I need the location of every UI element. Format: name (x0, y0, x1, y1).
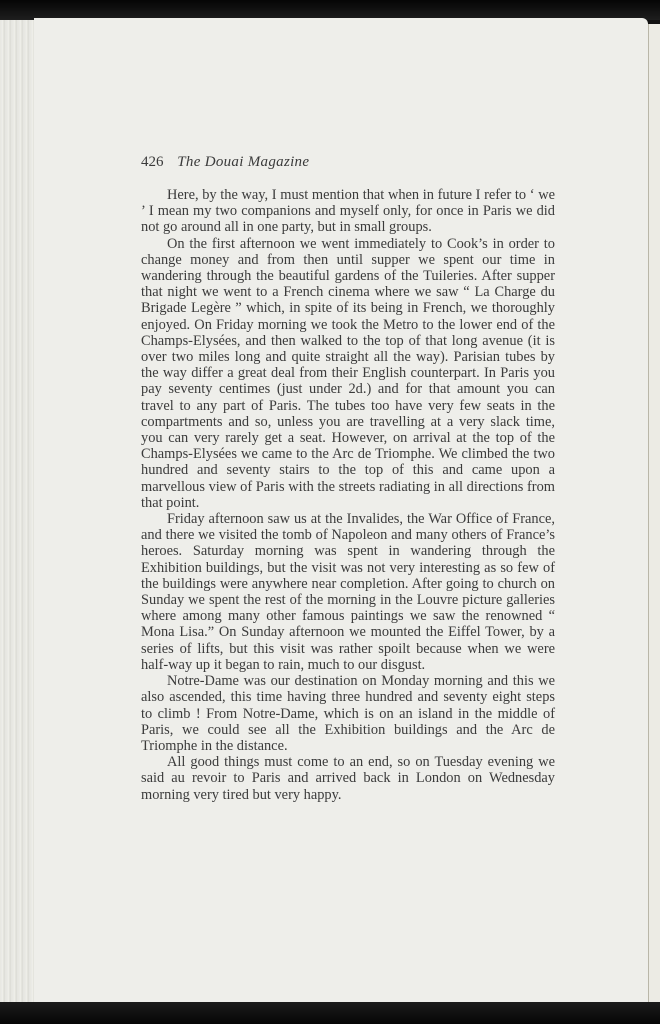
facing-page-edge (648, 24, 660, 1004)
publication-title: The Douai Magazine (177, 154, 309, 170)
paragraph: Notre-Dame was our destination on Monday… (141, 673, 555, 754)
paragraph: Friday afternoon saw us at the Invalides… (141, 511, 555, 673)
running-head: 426 The Douai Magazine (141, 154, 309, 171)
article-body: Here, by the way, I must mention that wh… (141, 187, 555, 803)
scan-background-bottom (0, 1002, 660, 1024)
book-page: 426 The Douai Magazine Here, by the way,… (34, 18, 648, 1002)
page-number: 426 (141, 154, 164, 170)
paragraph: Here, by the way, I must mention that wh… (141, 187, 555, 236)
page-stack-edges (0, 20, 35, 1004)
scanned-book-spread: 426 The Douai Magazine Here, by the way,… (0, 0, 660, 1024)
paragraph: All good things must come to an end, so … (141, 754, 555, 803)
paragraph: On the first afternoon we went immediate… (141, 236, 555, 511)
scan-background-top (0, 0, 660, 20)
